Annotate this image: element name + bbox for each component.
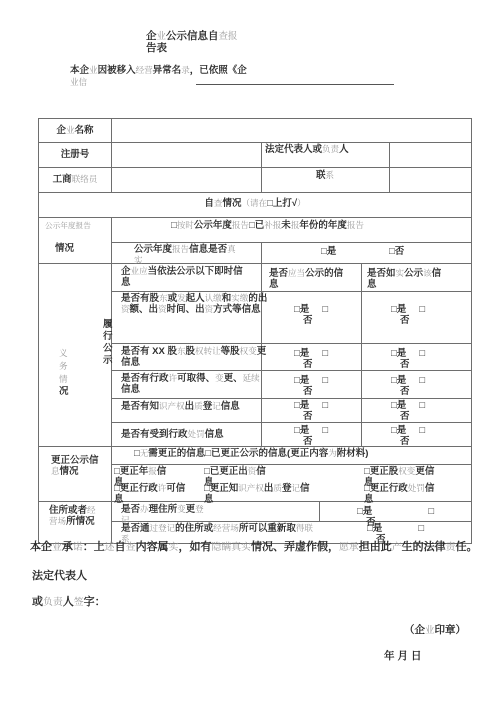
annual-report-truth-question: 公示年度报告信息是否真实 [134,244,240,266]
no-label: 否 [303,411,313,422]
no-checkbox[interactable]: □ [322,425,328,436]
duty-ip-truthful-checkbox[interactable]: □是□否 [391,400,441,422]
yes-checkbox[interactable]: □是 [391,425,406,436]
no-label: 否 [303,386,313,397]
duty-question-equity-transfer: 是否有 XX 股东股权转让等股权变更信息 [121,346,267,368]
correction-options[interactable]: □无需更正的信息□已更正公示的信息(更正内容为附材料) [134,448,370,459]
no-checkbox[interactable]: □ [322,375,328,386]
no-label: 否 [400,386,410,397]
no-checkbox[interactable]: □ [419,375,425,386]
no-label: 否 [400,436,410,447]
table-line [319,501,320,521]
no-label: 否 [303,315,313,326]
duty-penalty-truthful-checkbox[interactable]: □是□否 [391,425,441,447]
duty-question-admin-penalty: 是否有受到行政处罚信息 [121,429,269,440]
enterprise-name-input[interactable] [112,120,470,141]
no-label: 否 [400,411,410,422]
duty-capital-should-checkbox[interactable]: □是□否 [294,304,344,326]
annual-report-options[interactable]: □按时公示年度报告□已补报未报年份的年度报告 [171,220,369,231]
duty-equity-truthful-checkbox[interactable]: □是□否 [391,348,441,370]
yes-checkbox[interactable]: □是 [294,348,309,359]
table-line [39,217,471,218]
table-line [261,142,262,192]
no-checkbox[interactable]: □ [419,400,425,411]
duty-question-ip-pledge: 是否有知识产权出质登记信息 [121,401,269,412]
no-label: 否 [400,359,410,370]
annual-truth-no-checkbox[interactable]: □否 [389,246,404,257]
liaison-label: 工商联络员 [39,174,111,185]
duty-side-label-upper: 履行公示 [103,319,115,367]
intro-line2: 业信 [70,76,400,88]
correction-item-ip-pledge[interactable]: □更正知识产权出质登记信息 [204,483,310,505]
no-checkbox[interactable]: □ [418,523,424,534]
table-line [39,263,471,264]
table-line [361,263,362,446]
annual-report-side-label-small: 公示年度报告 [45,221,91,230]
duty-truthful-column-header: 是否如实公示该信息 [367,268,447,290]
no-checkbox[interactable]: □ [428,506,434,517]
intro-blank-line[interactable] [196,76,394,85]
duty-license-truthful-checkbox[interactable]: □是□否 [391,375,441,397]
duty-ip-should-checkbox[interactable]: □是□否 [294,400,344,422]
registration-number-input[interactable] [112,143,260,166]
contact-input[interactable] [390,168,470,191]
table-line [261,242,262,446]
form-page: 企业公示信息自查报告表 本企业因被移入经营异常名录，已依照《企 业信 企业名称 [0,0,500,708]
table-line [111,398,471,399]
intro-paragraph: 本企业因被移入经营异常名录，已依照《企 业信 [70,65,400,88]
no-label: 否 [303,436,313,447]
legal-representative-input[interactable] [390,143,470,166]
legal-representative-label: 法定代表人或负责人 [265,144,349,155]
duty-should-column-header: 是否应当公示的信息 [269,268,349,290]
premises-side-label: 住所或者经营场所情况 [49,505,99,527]
duty-license-should-checkbox[interactable]: □是□否 [294,375,344,397]
annual-report-side-label: 情况 [55,243,74,254]
yes-checkbox[interactable]: □是 [391,375,406,386]
yes-checkbox[interactable]: □是 [294,425,309,436]
company-seal-label: （企业印章） [404,622,466,637]
correction-item-penalty[interactable]: □更正行政处罚信息 [364,483,440,505]
yes-checkbox[interactable]: □是 [294,304,309,315]
duty-question-capital: 是否有股东或发起人认缴和实缴的出资额、出资时间、出资方式等信息 [121,293,269,315]
no-checkbox[interactable]: □ [419,304,425,315]
no-label: 否 [400,315,410,326]
liaison-input[interactable] [112,168,260,191]
table-line [111,343,471,344]
yes-checkbox[interactable]: □是 [367,523,382,534]
correction-side-label: 更正公示信息情况 [51,455,103,477]
table-line [111,464,471,465]
intro-line1: 本企业因被移入经营异常名录，已依照《企 [70,65,400,76]
yes-checkbox[interactable]: □是 [294,400,309,411]
duty-question-admin-license: 是否有行政许可取得、变更、延续信息 [121,373,267,395]
yes-checkbox[interactable]: □是 [391,304,406,315]
duty-question-column-header: 企业应当依法公示以下即时信息 [121,266,243,288]
intro-line2-text: 业信 [70,77,87,88]
duty-capital-truthful-checkbox[interactable]: □是□否 [391,304,441,326]
enterprise-name-label: 企业名称 [39,125,111,136]
no-checkbox[interactable]: □ [322,304,328,315]
no-checkbox[interactable]: □ [322,348,328,359]
table-line [111,291,471,292]
table-line [111,370,471,371]
contact-label: 联系 [261,170,389,181]
annual-truth-yes-checkbox[interactable]: □是 [321,246,336,257]
signature-label-line1: 法定代表人 [32,570,87,583]
table-line [111,242,471,243]
duty-equity-should-checkbox[interactable]: □是□否 [294,348,344,370]
signature-label-line2[interactable]: 或负责人签字： [32,596,106,610]
form-table: 企业名称 注册号 法定代表人或负责人 工商联络员 联系 自查情况（请在□上打√）… [38,118,472,544]
selfcheck-section-header: 自查情况（请在□上打√） [39,198,471,209]
table-line [111,217,112,543]
duty-penalty-should-checkbox[interactable]: □是□否 [294,425,344,447]
table-line [111,422,471,423]
no-checkbox[interactable]: □ [419,348,425,359]
registration-number-label: 注册号 [39,149,111,160]
yes-checkbox[interactable]: □是 [391,400,406,411]
yes-checkbox[interactable]: □是 [294,375,309,386]
yes-checkbox[interactable]: □是 [357,506,372,517]
pledge-paragraph: 本企业承诺：上述自查内容属实，如有隐瞒真实情况、弄虚作假，愿承担由此产生的法律责… [30,541,478,555]
no-checkbox[interactable]: □ [419,425,425,436]
date-label[interactable]: 年月日 [384,648,425,663]
correction-item-license[interactable]: □更正行政许可信息 [114,483,190,505]
page-title: 企业公示信息自查报告表 [146,31,244,53]
no-label: 否 [303,359,313,370]
duty-side-label-lower: 义务情况 [59,347,71,398]
table-line [39,192,471,193]
yes-checkbox[interactable]: □是 [391,348,406,359]
no-checkbox[interactable]: □ [322,400,328,411]
